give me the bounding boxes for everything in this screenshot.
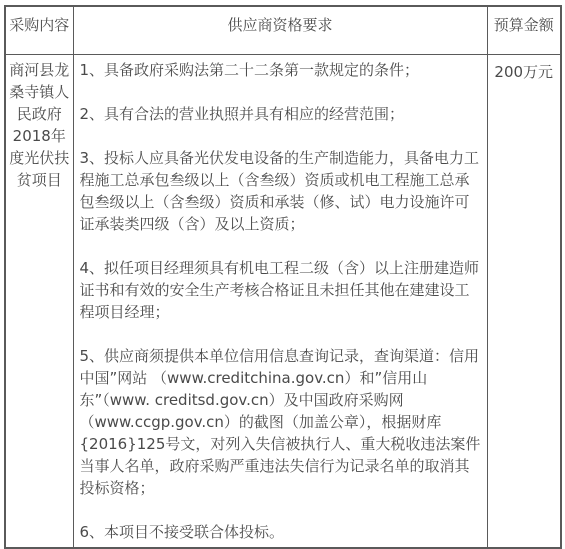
procurement-table: 采购内容 供应商资格要求 预算金额 商河县龙桑寺镇人民政府2018年度光伏扶贫项…	[4, 5, 562, 549]
budget-amount-cell: 200万元	[487, 54, 561, 548]
requirement-item-1: 1、具备政府采购法第二十二条第一款规定的条件；	[80, 59, 481, 81]
header-budget-amount: 预算金额	[487, 6, 561, 54]
requirement-item-3: 3、投标人应具备光伏发电设备的生产制造能力，具备电力工程施工总承包叁级以上（含叁…	[80, 147, 481, 235]
procurement-table-container: 采购内容 供应商资格要求 预算金额 商河县龙桑寺镇人民政府2018年度光伏扶贫项…	[4, 5, 562, 549]
requirement-item-2: 2、具有合法的营业执照并具有相应的经营范围；	[80, 103, 481, 125]
requirement-item-5: 5、供应商须提供本单位信用信息查询记录，查询渠道：信用中国”网站 （www.cr…	[80, 345, 481, 499]
supplier-requirements-cell: 1、具备政府采购法第二十二条第一款规定的条件；2、具有合法的营业执照并具有相应的…	[73, 54, 487, 548]
procurement-content-cell: 商河县龙桑寺镇人民政府2018年度光伏扶贫项目	[5, 54, 73, 548]
header-supplier-qualifications: 供应商资格要求	[73, 6, 487, 54]
table-header-row: 采购内容 供应商资格要求 预算金额	[5, 6, 561, 54]
header-procurement-content: 采购内容	[5, 6, 73, 54]
requirements-list: 1、具备政府采购法第二十二条第一款规定的条件；2、具有合法的营业执照并具有相应的…	[80, 59, 481, 543]
table-body-row: 商河县龙桑寺镇人民政府2018年度光伏扶贫项目 1、具备政府采购法第二十二条第一…	[5, 54, 561, 548]
requirement-item-4: 4、拟任项目经理须具有机电工程二级（含）以上注册建造师证书和有效的安全生产考核合…	[80, 257, 481, 323]
